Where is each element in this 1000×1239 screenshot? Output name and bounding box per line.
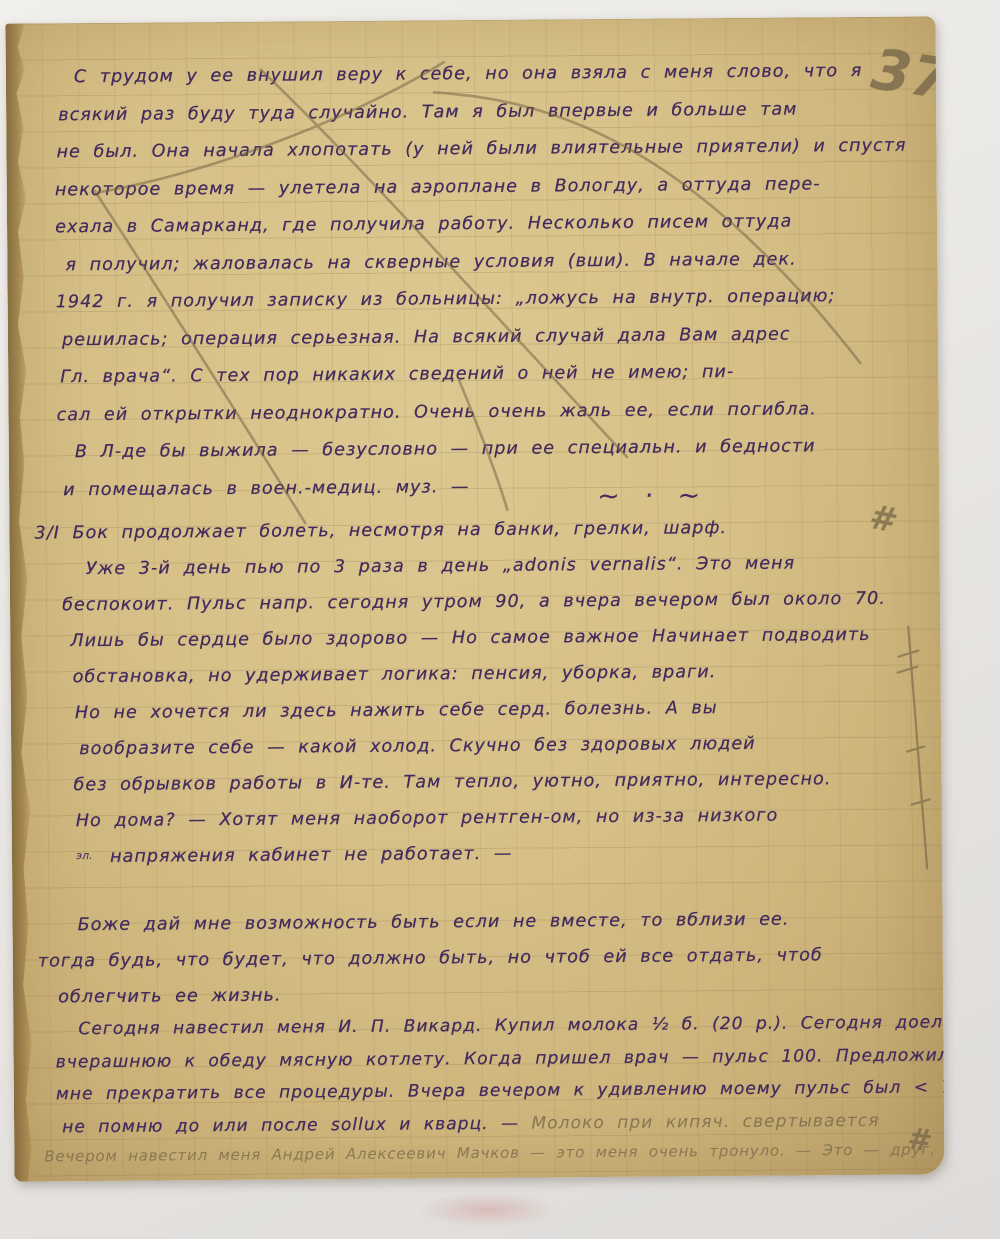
manuscript-line: не был. Она начала хлопотать (у ней были…: [56, 128, 906, 172]
margin-tick-1: [898, 651, 918, 657]
pink-smudge: [418, 1192, 558, 1228]
manuscript-line: и помещалась в воен.-медиц. муз. —: [63, 465, 909, 509]
manuscript-line: решилась; операция серьезная. На всякий …: [62, 315, 908, 359]
manuscript-line: я получил; жаловалась на скверные услови…: [65, 240, 907, 284]
pencil-note-line: Вечером навестил меня Андрей Алексеевич …: [44, 1140, 935, 1165]
margin-hash-mark-bottom: #: [905, 1121, 930, 1158]
paragraph-diary-entry-3-january: 3/I Бок продолжает болеть, несмотря на б…: [61, 509, 888, 875]
section-separator-squiggle: ~ · ~: [597, 480, 708, 512]
manuscript-line: не помню до или после sollux и кварц. — …: [62, 1104, 945, 1144]
paragraph-prayer: Боже дай мне возможность быть если не вм…: [37, 901, 823, 1015]
manuscript-line: С трудом у ее внушил веру к себе, но она…: [74, 53, 906, 97]
margin-tick-3: [907, 746, 924, 751]
manuscript-line: Уже 3-й день пью по 3 раза в день „adoni…: [86, 545, 886, 587]
margin-hash-mark-top: #: [866, 497, 897, 541]
manuscript-line: Лишь бы сердце было здорово — Но самое в…: [70, 617, 886, 659]
paragraph-daily-notes: Сегодня навестил меня И. П. Викард. Купи…: [43, 1006, 944, 1143]
inline-correction-superscript: эл.: [76, 849, 93, 862]
photo-background: 37 С трудом у ее внушил веру к себе, но …: [0, 0, 1000, 1239]
margin-bracket-line: [908, 626, 927, 868]
manuscript-line: В Л-де бы выжила — безусловно — при ее с…: [75, 428, 909, 472]
torn-left-edge: [5, 23, 36, 1181]
pencil-inline-note: Молоко при кипяч. свертывается: [519, 1110, 880, 1133]
margin-tick-4: [912, 799, 930, 804]
paragraph-crossed-out: С трудом у ее внушил веру к себе, но она…: [54, 53, 909, 510]
manuscript-line: 1942 г. я получил записку из больницы: „…: [56, 278, 908, 322]
manuscript-page: 37 С трудом у ее внушил веру к себе, но …: [5, 16, 944, 1181]
manuscript-line: Но дома? — Хотят меня наоборот рентген-о…: [76, 797, 888, 839]
margin-tick-2: [898, 667, 918, 673]
manuscript-line: Боже дай мне возможность быть если не вм…: [77, 901, 822, 943]
manuscript-line: напряжения кабинет не работает. —: [110, 833, 888, 875]
manuscript-line: тогда будь, что будет, что должно быть, …: [38, 937, 823, 979]
manuscript-line: ехала в Самарканд, где получила работу. …: [55, 203, 907, 247]
